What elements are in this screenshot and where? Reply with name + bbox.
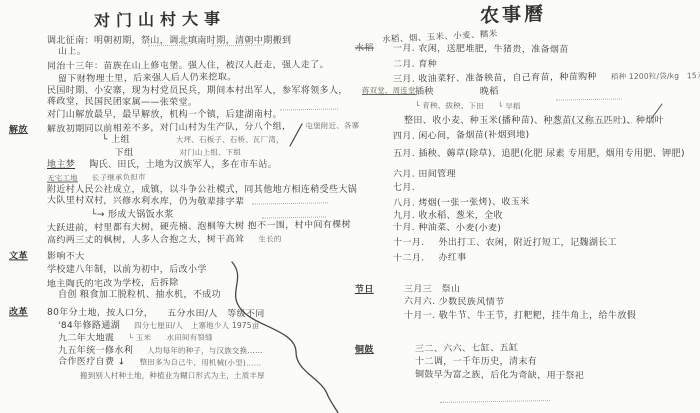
line-text: └ 上组 xyxy=(102,135,130,145)
line-text: 九五年统一修水利 xyxy=(58,346,133,356)
line-text: 九月. 收水稻、葱米，全收 xyxy=(393,211,503,221)
line-text: 高约两三丈的枫树，人多人合抱之大，树干高耸 xyxy=(47,234,244,245)
line-side-note: 大坪、石板子、石桥、瓦厂湾， xyxy=(176,135,284,144)
line-text: 十月. 种油菜、小麦(小麦) xyxy=(393,223,501,234)
era-label: 水稻 xyxy=(355,42,374,56)
line-text: 十一月. xyxy=(393,238,424,248)
line-text: 解放初期同以前相差不多，对门山村为生产队，分八个组， xyxy=(47,122,292,135)
line-text: 六月. 田间管理 xyxy=(393,170,456,180)
line-text: 十二调，一千年历史，清末有 xyxy=(415,357,537,367)
line-text: 合作医疗自费 ↓ xyxy=(58,357,126,368)
line-text: └ 育秧、拔秧、下田 xyxy=(415,101,484,111)
line-text: 大队里村双村，兴修水利水库，仍为敬辈排字辈 xyxy=(47,196,244,208)
line-text: 地主陶氏的宅改为学校，后拆除 xyxy=(47,278,179,290)
page-title: 对门山村大事 xyxy=(94,4,350,31)
handwritten-line: 十二调，一千年历史，清末有 xyxy=(382,356,698,370)
handwritten-line: └ 育秧、拔秧、下田└ 早稻 xyxy=(382,99,698,117)
line-side-note: 五分水田/人 等级不同 xyxy=(167,308,265,319)
line-text: 三二、六六、七缸、五缸 xyxy=(415,343,519,354)
line-text: 山上。 xyxy=(58,47,86,57)
line-side-note: 对门山上组、下组 xyxy=(179,147,241,156)
era-label: 解放 xyxy=(9,124,28,137)
line-text: 十二月. xyxy=(393,253,425,263)
line-text: 插秧 xyxy=(415,87,434,97)
line-text: 对门山解放最早，最早解放，机构一个镇，后建湖南村。 xyxy=(47,110,282,120)
line-text: 四月. 闲心间，备烟苗(补烟到地) xyxy=(393,130,530,142)
line-text: 学校建八年制，以前为初中，后改小学 xyxy=(47,265,207,275)
handwritten-line: 六月. 田间管理 xyxy=(382,167,698,182)
left-page: 对门山村大事 调北征南：明朝初期，祭山，调北填南时期，清朝中期搬到山上。同治十三… xyxy=(6,0,350,413)
line-text: 七月. xyxy=(393,183,415,193)
right-page: 农事曆 水稻、烟、玉米、小麦、糯米水稻一月. 农闲，送肥堆肥，牛猪贵，准备烟苗二… xyxy=(352,0,698,413)
handwritten-line: 搬到别人村种土地，种植业为糊口形式为主，土质丰厚 xyxy=(36,370,350,382)
line-side-note: 长子继承负担市 xyxy=(92,173,146,183)
line-text: 十月一. 敬牛节、牛王节，打粑粑，挂牛角上，给牛放假 xyxy=(404,311,636,321)
line-text: 一月. 农闲，送肥堆肥，牛猪贵，准备烟苗 xyxy=(393,44,569,56)
line-text: 影响不大 xyxy=(47,252,85,262)
line-side-note: 人均每年的种子，与汉族交换…… xyxy=(147,346,263,355)
faint-scribble xyxy=(148,42,190,47)
era-label: 节日 xyxy=(355,284,374,298)
line-text: 八月. 烤烟(一张一张烤)、收玉米 xyxy=(393,197,530,209)
line-text: 三月. 收油菜籽、准备秧苗，自己育苗，种苗购种 xyxy=(393,73,597,85)
line-side-note: 四分七厘田/人 上寨地少人 1975亩 xyxy=(134,321,259,330)
line-side-note: 生长的 xyxy=(258,234,281,243)
era-label: 文革 xyxy=(9,250,28,263)
line-text: 民国时期、小安寨，现为村党员民兵，期间本村出军人，参军将领多人， xyxy=(47,86,348,96)
handwritten-line: 十二月.办红事 xyxy=(382,249,698,267)
handwritten-line: 下组对门山上组、下组 xyxy=(36,146,350,160)
line-side-note: 陶氏、田氏，土地为汉族军人，多在市车站。 xyxy=(89,160,277,170)
handwritten-line: 五月. 插秧、薅草(除草)、追肥(化肥 尿素 专用肥，烟用专用肥、钾肥) xyxy=(382,148,698,162)
line-text: 九二年大地震 xyxy=(58,334,114,344)
era-label: 改革 xyxy=(9,306,28,319)
line-text: 地主梦 xyxy=(47,160,75,170)
right-page-lines: 水稻、烟、玉米、小麦、糯米水稻一月. 农闲，送肥堆肥，牛猪贵，准备烟苗二月. 育… xyxy=(352,0,698,384)
line-text: 附近村人民公社成立，成镇，以斗争公社模式，同其他地方相连稍受些大锅 xyxy=(47,185,357,195)
handwritten-line: 整田、收小麦、种玉米(播种苗)、种葱苗(又称五匹叶)、种烟叶 xyxy=(382,115,698,129)
handwritten-line: └ 上组大坪、石板子、石桥、瓦厂湾， xyxy=(36,134,350,146)
handwritten-line: 自创 粮食加工脱粒机、抽水机，不成功 xyxy=(36,289,350,301)
line-text: 三月三 祭山 xyxy=(404,284,460,294)
line-text: 搬到别人村种土地，种植业为糊口形式为主，土质丰厚 xyxy=(80,371,265,380)
line-text: 留下财物埋土里，后来强人后人仍来挖取。 xyxy=(58,73,237,85)
line-text: 六月六. 少数民族风情节 xyxy=(404,296,505,307)
handwritten-line: 十月. 种油菜、小麦(小麦) xyxy=(382,222,698,239)
line-text: 二月. 育种 xyxy=(393,59,437,69)
handwritten-line: 九二年大地震└ 玉米 水田间有裂缝 xyxy=(36,332,350,346)
handwritten-line: 四月. 闲心间，备烟苗(补烟到地) xyxy=(382,127,698,145)
line-text: 下组 xyxy=(102,148,134,158)
line-text: '84年修路通湖 xyxy=(58,321,120,331)
era-label: 铜鼓 xyxy=(355,344,374,358)
line-text: 蒋政堂，民国民团家属——张荣堂。 xyxy=(47,97,197,108)
line-side-note: 办红事 xyxy=(438,253,466,263)
line-side-note: 整田多为自己牛，用机械(小型)…… xyxy=(140,358,262,368)
line-text: 80年分土地，按人口分， xyxy=(47,307,153,318)
line-text: 大跃进前，村里都有大树，硬壳楠、泡桐等大树 抱不一围，村中间有棵树 xyxy=(47,220,351,234)
handwritten-line: 六月六. 少数民族风情节 xyxy=(382,295,698,312)
line-text: 无宅工地 xyxy=(47,174,78,183)
line-side-note: └ 早稻 xyxy=(498,102,521,111)
line-text: 五月. 插秧、薅草(除草)、追肥(化肥 尿素 专用肥，烟用专用肥、钾肥) xyxy=(393,149,685,159)
handwritten-line: 十月一. 敬牛节、牛王节，打粑粑，挂牛角上，给牛放假 xyxy=(382,310,698,324)
line-side-note: 晚稻 xyxy=(480,87,499,97)
line-text: 自创 粮食加工脱粒机、抽水机，不成功 xyxy=(58,290,221,300)
line-text: └→ 形成大锅饭水浆 xyxy=(91,210,174,220)
line-side-note: 外出打工、农闲，附近打短工，记魏湖长工 xyxy=(438,238,617,248)
line-text: 铜鼓早为富之族，后化为奇缺，用于祭祀 xyxy=(415,370,584,381)
line-side-note: 稻种 1200粒/袋/kg 15元/斤 xyxy=(611,71,700,81)
handwritten-line: 插秧晚稻 xyxy=(382,86,698,100)
left-page-lines: 调北征南：明朝初期，祭山，调北填南时期，清朝中期搬到山上。同治十三年：苗族在山上… xyxy=(6,33,350,382)
scanned-notes-document: { "pages": [ { "id": "left", "title": "对… xyxy=(0,0,700,413)
line-side-note: └ 玉米 水田间有裂缝 xyxy=(128,333,212,342)
handwritten-line: 铜鼓早为富之族，后化为奇缺，用于祭祀 xyxy=(382,368,698,385)
handwritten-line: 高约两三丈的枫树，人多人合抱之大，树干高耸生长的 xyxy=(36,233,350,247)
